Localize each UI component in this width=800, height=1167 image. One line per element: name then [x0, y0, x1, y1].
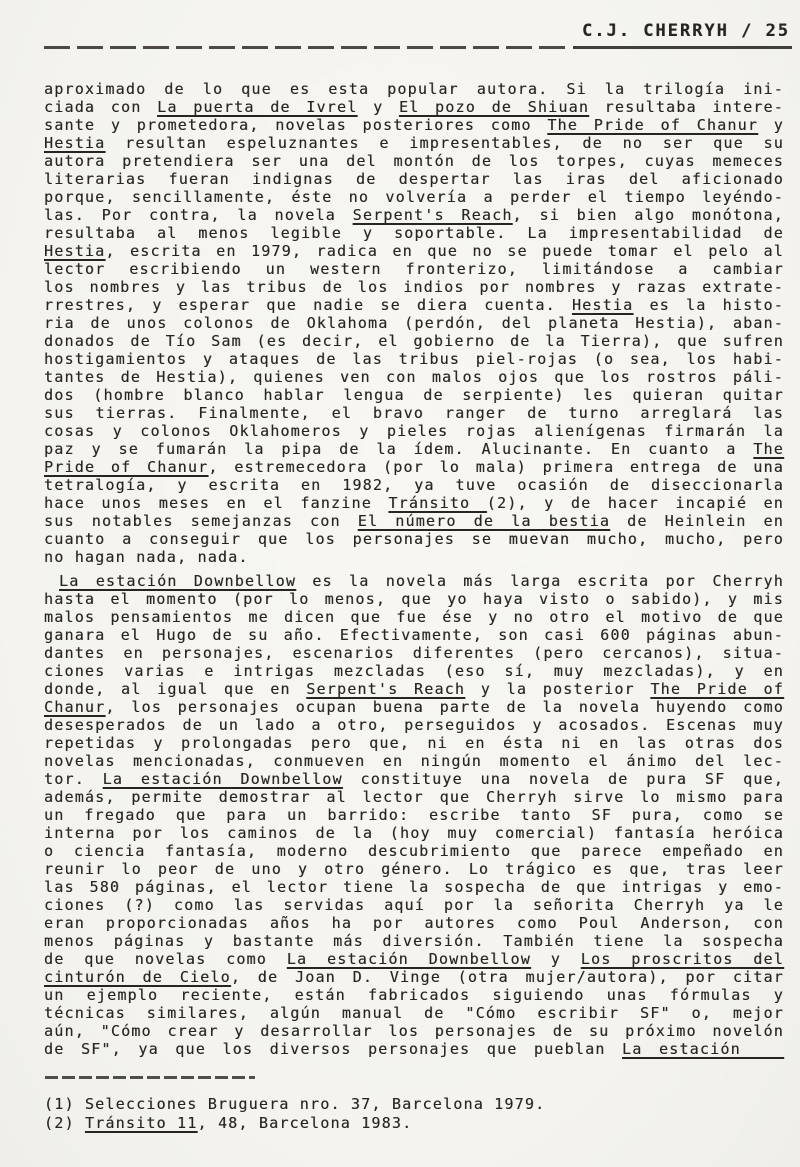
text-line: sus tierras. Finalmente, el bravo ranger…	[44, 404, 784, 422]
book-title-underlined: Los proscritos del	[581, 950, 784, 968]
header-rule-solid	[573, 46, 792, 49]
text-line: las. Por contra, la novela Serpent's Rea…	[44, 206, 784, 224]
text-line: malos pensamientos me dicen que fue ése …	[44, 608, 784, 626]
text-line: La estación Downbellow es la novela más …	[44, 572, 784, 590]
footnote-separator-rule	[45, 1076, 255, 1079]
text-line: aproximado de lo que es esta popular aut…	[44, 80, 784, 98]
text-line: reunir lo peor de uno y otro género. Lo …	[44, 860, 784, 878]
paragraph: aproximado de lo que es esta popular aut…	[44, 80, 784, 566]
text-line: porque, sencillamente, éste no volvería …	[44, 188, 784, 206]
text-line: Hestia resultan espeluznantes e impresen…	[44, 134, 784, 152]
book-title-underlined: Tránsito 11	[85, 1114, 198, 1132]
book-title-underlined: Tránsito	[388, 494, 486, 512]
text-line: menos páginas y bastante más diversión. …	[44, 932, 784, 950]
book-title-underlined: Pride of Chanur	[44, 458, 208, 476]
book-title-underlined: El pozo de Shiuan	[399, 98, 589, 116]
text-line: literarias fueran indignas de despertar …	[44, 170, 784, 188]
book-title-underlined: The Pride of	[650, 680, 784, 698]
text-line: un fregado que para un barrido: escribe …	[44, 806, 784, 824]
text-line: interna por los caminos de la (hoy muy c…	[44, 824, 784, 842]
book-title-underlined: El número de la bestia	[358, 512, 610, 530]
book-title-underlined: La estación Downbellow	[103, 770, 343, 788]
text-line: sante y prometedora, novelas posteriores…	[44, 116, 784, 134]
book-title-underlined: Hestia	[572, 296, 633, 314]
book-title-underlined: Hestia	[44, 134, 105, 152]
text-line: lector escribiendo un western fronterizo…	[44, 260, 784, 278]
footnote-line: (2) Tránsito 11, 48, Barcelona 1983.	[44, 1114, 784, 1133]
scanned-fanzine-page: C.J. CHERRYH / 25 aproximado de lo que e…	[0, 0, 800, 1167]
text-line: ciada con La puerta de Ivrel y El pozo d…	[44, 98, 784, 116]
book-title-underlined: The Pride of Chanur	[547, 116, 758, 134]
text-line: donados de Tío Sam (es decir, el gobiern…	[44, 332, 784, 350]
footnote-line: (1) Selecciones Bruguera nro. 37, Barcel…	[44, 1095, 784, 1114]
book-title-underlined: Hestia	[44, 242, 105, 260]
text-line: hace unos meses en el fanzine Tránsito (…	[44, 494, 784, 512]
text-line: sus notables semejanzas con El número de…	[44, 512, 784, 530]
text-line: no hagan nada, nada.	[44, 548, 784, 566]
text-line: los nombres y las tribus de los indios p…	[44, 278, 784, 296]
text-line: tor. La estación Downbellow constituye u…	[44, 770, 784, 788]
text-line: tantes de Hestia), quienes ven con malos…	[44, 368, 784, 386]
text-line: Hestia, escrita en 1979, radica en que n…	[44, 242, 784, 260]
text-line: o ciencia fantasía, moderno descubrimien…	[44, 842, 784, 860]
text-line: novelas mencionadas, conmueven en ningún…	[44, 752, 784, 770]
text-line: eran proporcionadas años ha por autores …	[44, 914, 784, 932]
book-title-underlined: La estación Downbellow	[287, 950, 531, 968]
header-rule-dashed	[44, 46, 568, 49]
text-line: repetidas y prolongadas pero que, ni en …	[44, 734, 784, 752]
text-line: tetralogía, y escrita en 1982, ya tuve o…	[44, 476, 784, 494]
text-line: Pride of Chanur, estremecedora (por lo m…	[44, 458, 784, 476]
text-line: ciones varias e intrigas mezcladas (eso …	[44, 662, 784, 680]
text-line: cosas y colonos Oklahomeros y pieles roj…	[44, 422, 784, 440]
text-line: paz y se fumarán la pipa de la ídem. Alu…	[44, 440, 784, 458]
book-title-underlined: cinturón de Cielo	[44, 968, 231, 986]
text-line: de SF", ya que los diversos personajes q…	[44, 1040, 784, 1058]
text-line: donde, al igual que en Serpent's Reach y…	[44, 680, 784, 698]
book-title-underlined: The	[753, 440, 784, 458]
text-line: desesperados de un lado a otro, persegui…	[44, 716, 784, 734]
book-title-underlined: Serpent's Reach	[353, 206, 513, 224]
text-line: autora pretendiera ser una del montón de…	[44, 152, 784, 170]
text-line: ria de unos colonos de Oklahoma (perdón,…	[44, 314, 784, 332]
book-title-underlined: La estación Downbellow	[59, 572, 296, 590]
article-text: aproximado de lo que es esta popular aut…	[44, 80, 784, 1058]
page-header-title: C.J. CHERRYH / 25	[582, 21, 790, 41]
text-line: resultaba al menos legible y soportable.…	[44, 224, 784, 242]
text-line: dantes en personajes, escenarios diferen…	[44, 644, 784, 662]
text-line: hasta el momento (por lo menos, que yo h…	[44, 590, 784, 608]
text-line: ciones (?) como las servidas aquí por la…	[44, 896, 784, 914]
text-line: hostigamientos y ataques de las tribus p…	[44, 350, 784, 368]
book-title-underlined: Chanur	[44, 698, 105, 716]
text-line: aún, "Cómo crear y desarrollar los perso…	[44, 1022, 784, 1040]
text-line: de que novelas como La estación Downbell…	[44, 950, 784, 968]
text-line: rrestres, y esperar que nadie se diera c…	[44, 296, 784, 314]
text-line: un ejemplo reciente, están fabricados si…	[44, 986, 784, 1004]
book-title-underlined: La puerta de Ivrel	[157, 98, 357, 116]
text-line: cuanto a conseguir que los personajes se…	[44, 530, 784, 548]
text-line: dos (hombre blanco hablar lengua de serp…	[44, 386, 784, 404]
book-title-underlined: La estación	[622, 1040, 784, 1058]
text-line: técnicas similares, algún manual de "Cóm…	[44, 1004, 784, 1022]
text-line: las 580 páginas, el lector tiene la sosp…	[44, 878, 784, 896]
book-title-underlined: Serpent's Reach	[306, 680, 465, 698]
footnotes-section: (1) Selecciones Bruguera nro. 37, Barcel…	[44, 1095, 784, 1133]
paragraph: La estación Downbellow es la novela más …	[44, 572, 784, 1058]
text-line: Chanur, los personajes ocupan buena part…	[44, 698, 784, 716]
text-line: ganara el Hugo de su año. Efectivamente,…	[44, 626, 784, 644]
text-line: además, permite demostrar al lector que …	[44, 788, 784, 806]
text-line: cinturón de Cielo, de Joan D. Vinge (otr…	[44, 968, 784, 986]
